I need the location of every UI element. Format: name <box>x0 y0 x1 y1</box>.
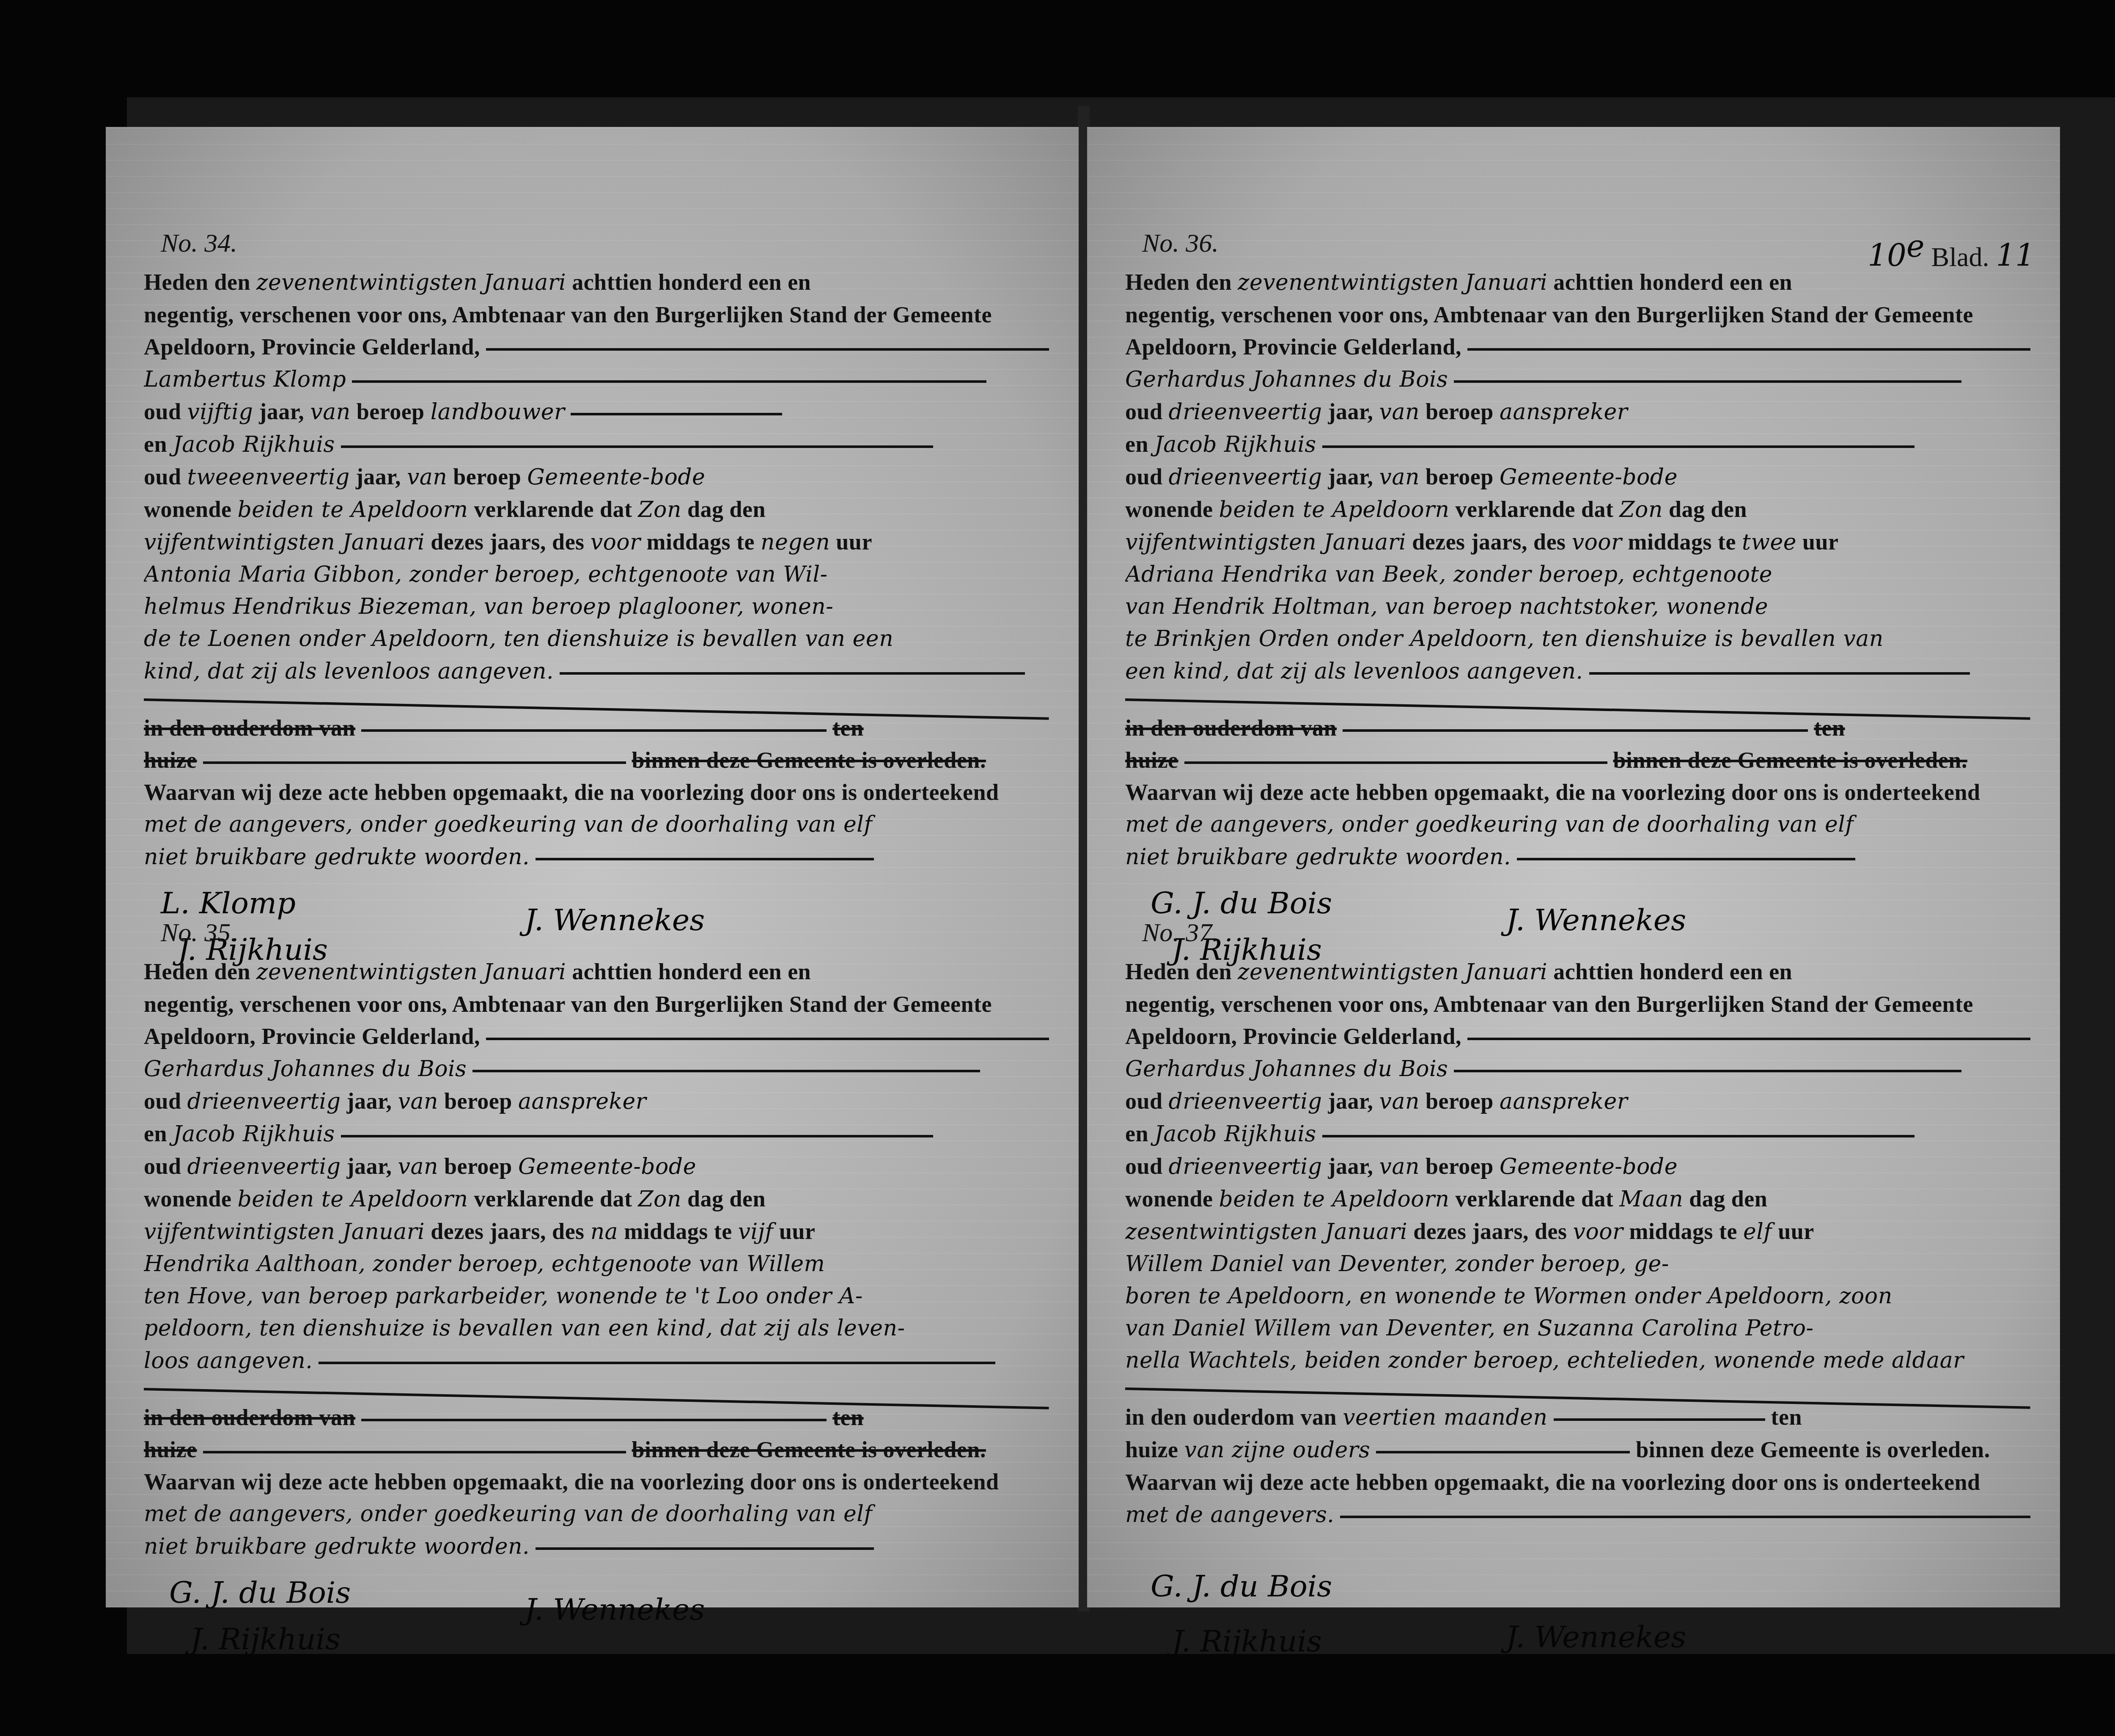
body-line: te Brinkjen Orden onder Apeldoorn, ten d… <box>1125 623 2030 655</box>
body-line: peldoorn, ten dienshuize is bevallen van… <box>144 1312 1049 1344</box>
form-line: Apeldoorn, Provincie Gelderland, <box>1125 331 2030 363</box>
signature: G. J. du Bois <box>1151 1569 1332 1604</box>
declarant1-name-line: Gerhardus Johannes du Bois <box>1125 1052 2030 1085</box>
form-line: negentig, verschenen voor ons, Ambtenaar… <box>1125 299 2030 331</box>
body-line: de te Loenen onder Apeldoorn, ten diensh… <box>144 623 1049 655</box>
signature: J. Wennekes <box>525 1592 705 1627</box>
form-line: negentig, verschenen voor ons, Ambtenaar… <box>144 299 1049 331</box>
declarant1-age-line: oud drieenveertig jaar, van beroep aansp… <box>1125 1085 2030 1118</box>
entry-date-line: Heden den zevenentwintigsten Januari ach… <box>144 956 1049 988</box>
form-line: Waarvan wij deze acte hebben opgemaakt, … <box>1125 1466 2030 1498</box>
time-line: vijfentwintigsten Januari dezes jaars, d… <box>144 1215 1049 1248</box>
body-line: loos aangeven. <box>144 1344 1049 1377</box>
register-entry: No. 35. Heden den zevenentwintigsten Jan… <box>144 918 1049 1685</box>
declarant2-name-line: en Jacob Rijkhuis <box>1125 1118 2030 1150</box>
closing-line: niet bruikbare gedrukte woorden. <box>144 841 1049 873</box>
form-line: Apeldoorn, Provincie Gelderland, <box>144 331 1049 363</box>
signature: J. Rijkhuis <box>1172 1624 1322 1659</box>
entry-date-line: Heden den zevenentwintigsten Januari ach… <box>144 266 1049 299</box>
declarant1-name-line: Gerhardus Johannes du Bois <box>144 1052 1049 1085</box>
form-line: Waarvan wij deze acte hebben opgemaakt, … <box>144 776 1049 808</box>
declarant2-age-line: oud drieenveertig jaar, van beroep Gemee… <box>1125 1150 2030 1183</box>
signature: G. J. du Bois <box>1151 886 1332 920</box>
signature: J. Rijkhuis <box>190 1622 341 1656</box>
entry-number: No. 37. <box>1142 918 2030 948</box>
residence-line: wonende beiden te Apeldoorn verklarende … <box>144 493 1049 526</box>
body-line: boren te Apeldoorn, en wonende te Wormen… <box>1125 1280 2030 1312</box>
entry-number: No. 35. <box>161 918 1049 948</box>
closing-line: met de aangevers, onder goedkeuring van … <box>144 1498 1049 1530</box>
declarant1-age-line: oud drieenveertig jaar, van beroep aansp… <box>144 1085 1049 1118</box>
closing-line: met de aangevers, onder goedkeuring van … <box>144 808 1049 841</box>
right-page: 10e Blad. 11 No. 36. Heden den zevenentw… <box>1087 127 2060 1607</box>
body-line: kind, dat zij als levenloos aangeven. <box>144 655 1049 687</box>
date-day: zevenentwintigsten <box>256 270 478 295</box>
age-line: in den ouderdom van ten <box>144 1401 1049 1434</box>
declarant2-name-line: en Jacob Rijkhuis <box>1125 428 2030 461</box>
body-line: Adriana Hendrika van Beek, zonder beroep… <box>1125 558 2030 591</box>
entry-number: No. 36. <box>1142 228 2030 258</box>
closing-line: met de aangevers, onder goedkeuring van … <box>1125 808 2030 841</box>
form-line: Apeldoorn, Provincie Gelderland, <box>144 1020 1049 1052</box>
time-line: vijfentwintigsten Januari dezes jaars, d… <box>1125 526 2030 558</box>
declarant1-name-line: Gerhardus Johannes du Bois <box>1125 363 2030 396</box>
form-line: Waarvan wij deze acte hebben opgemaakt, … <box>1125 776 2030 808</box>
body-line: nella Wachtels, beiden zonder beroep, ec… <box>1125 1344 2030 1376</box>
entry-number: No. 34. <box>161 228 1049 258</box>
declarant2-name-line: en Jacob Rijkhuis <box>144 1118 1049 1150</box>
residence-line: wonende beiden te Apeldoorn verklarende … <box>1125 1183 2030 1215</box>
body-line: van Hendrik Holtman, van beroep nachtsto… <box>1125 591 2030 623</box>
time-line: vijfentwintigsten Januari dezes jaars, d… <box>144 526 1049 558</box>
body-line: ten Hove, van beroep parkarbeider, wonen… <box>144 1280 1049 1312</box>
signatures: G. J. du Bois J. Rijkhuis J. Wennekes <box>1125 1569 2030 1679</box>
register-entry: No. 36. Heden den zevenentwintigsten Jan… <box>1125 228 2030 996</box>
closing-line: met de aangevers. <box>1125 1498 2030 1531</box>
closing-line: niet bruikbare gedrukte woorden. <box>144 1530 1049 1563</box>
signatures: G. J. du Bois J. Rijkhuis J. Wennekes <box>144 1575 1049 1685</box>
register-entry: No. 34. Heden den zevenentwintigsten Jan… <box>144 228 1049 996</box>
body-line: helmus Hendrikus Biezeman, van beroep pl… <box>144 591 1049 623</box>
time-line: zesentwintigsten Januari dezes jaars, de… <box>1125 1215 2030 1248</box>
form-line: Waarvan wij deze acte hebben opgemaakt, … <box>144 1466 1049 1498</box>
age-line: in den ouderdom van veertien maanden ten <box>1125 1401 2030 1434</box>
form-line: negentig, verschenen voor ons, Ambtenaar… <box>1125 988 2030 1020</box>
house-line: huize van zijne ouders binnen deze Gemee… <box>1125 1434 2030 1466</box>
closing-line: niet bruikbare gedrukte woorden. <box>1125 841 2030 873</box>
house-line: huize binnen deze Gemeente is overleden. <box>144 1434 1049 1466</box>
signature: G. J. du Bois <box>169 1575 351 1610</box>
house-line: huize binnen deze Gemeente is overleden. <box>1125 744 2030 776</box>
body-line: een kind, dat zij als levenloos aangeven… <box>1125 655 2030 687</box>
form-line: Apeldoorn, Provincie Gelderland, <box>1125 1020 2030 1052</box>
age-line: in den ouderdom van ten <box>1125 712 2030 744</box>
declarant2-name-line: en Jacob Rijkhuis <box>144 428 1049 461</box>
age-line: in den ouderdom van ten <box>144 712 1049 744</box>
declarant2-age-line: oud drieenveertig jaar, van beroep Gemee… <box>1125 461 2030 493</box>
left-page: No. 34. Heden den zevenentwintigsten Jan… <box>106 127 1079 1607</box>
declarant1-age-line: oud vijftig jaar, van beroep landbouwer <box>144 396 1049 428</box>
form-line: negentig, verschenen voor ons, Ambtenaar… <box>144 988 1049 1020</box>
declarant1-name-line: Lambertus Klomp <box>144 363 1049 396</box>
residence-line: wonende beiden te Apeldoorn verklarende … <box>144 1183 1049 1215</box>
residence-line: wonende beiden te Apeldoorn verklarende … <box>1125 493 2030 526</box>
register-entry: No. 37. Heden den zevenentwintigsten Jan… <box>1125 918 2030 1679</box>
declarant2-age-line: oud tweeenveertig jaar, van beroep Gemee… <box>144 461 1049 493</box>
declarant2-age-line: oud drieenveertig jaar, van beroep Gemee… <box>144 1150 1049 1183</box>
body-line: van Daniel Willem van Deventer, en Suzan… <box>1125 1312 2030 1344</box>
body-line: Willem Daniel van Deventer, zonder beroe… <box>1125 1248 2030 1280</box>
body-line: Antonia Maria Gibbon, zonder beroep, ech… <box>144 558 1049 591</box>
body-line: Hendrika Aalthoan, zonder beroep, echtge… <box>144 1248 1049 1280</box>
house-line: huize binnen deze Gemeente is overleden. <box>144 744 1049 776</box>
declarant1-age-line: oud drieenveertig jaar, van beroep aansp… <box>1125 396 2030 428</box>
signature: L. Klomp <box>161 886 296 920</box>
entry-date-line: Heden den zevenentwintigsten Januari ach… <box>1125 956 2030 988</box>
date-month: Januari <box>483 270 566 295</box>
entry-date-line: Heden den zevenentwintigsten Januari ach… <box>1125 266 2030 299</box>
signature: J. Wennekes <box>1506 1620 1686 1654</box>
